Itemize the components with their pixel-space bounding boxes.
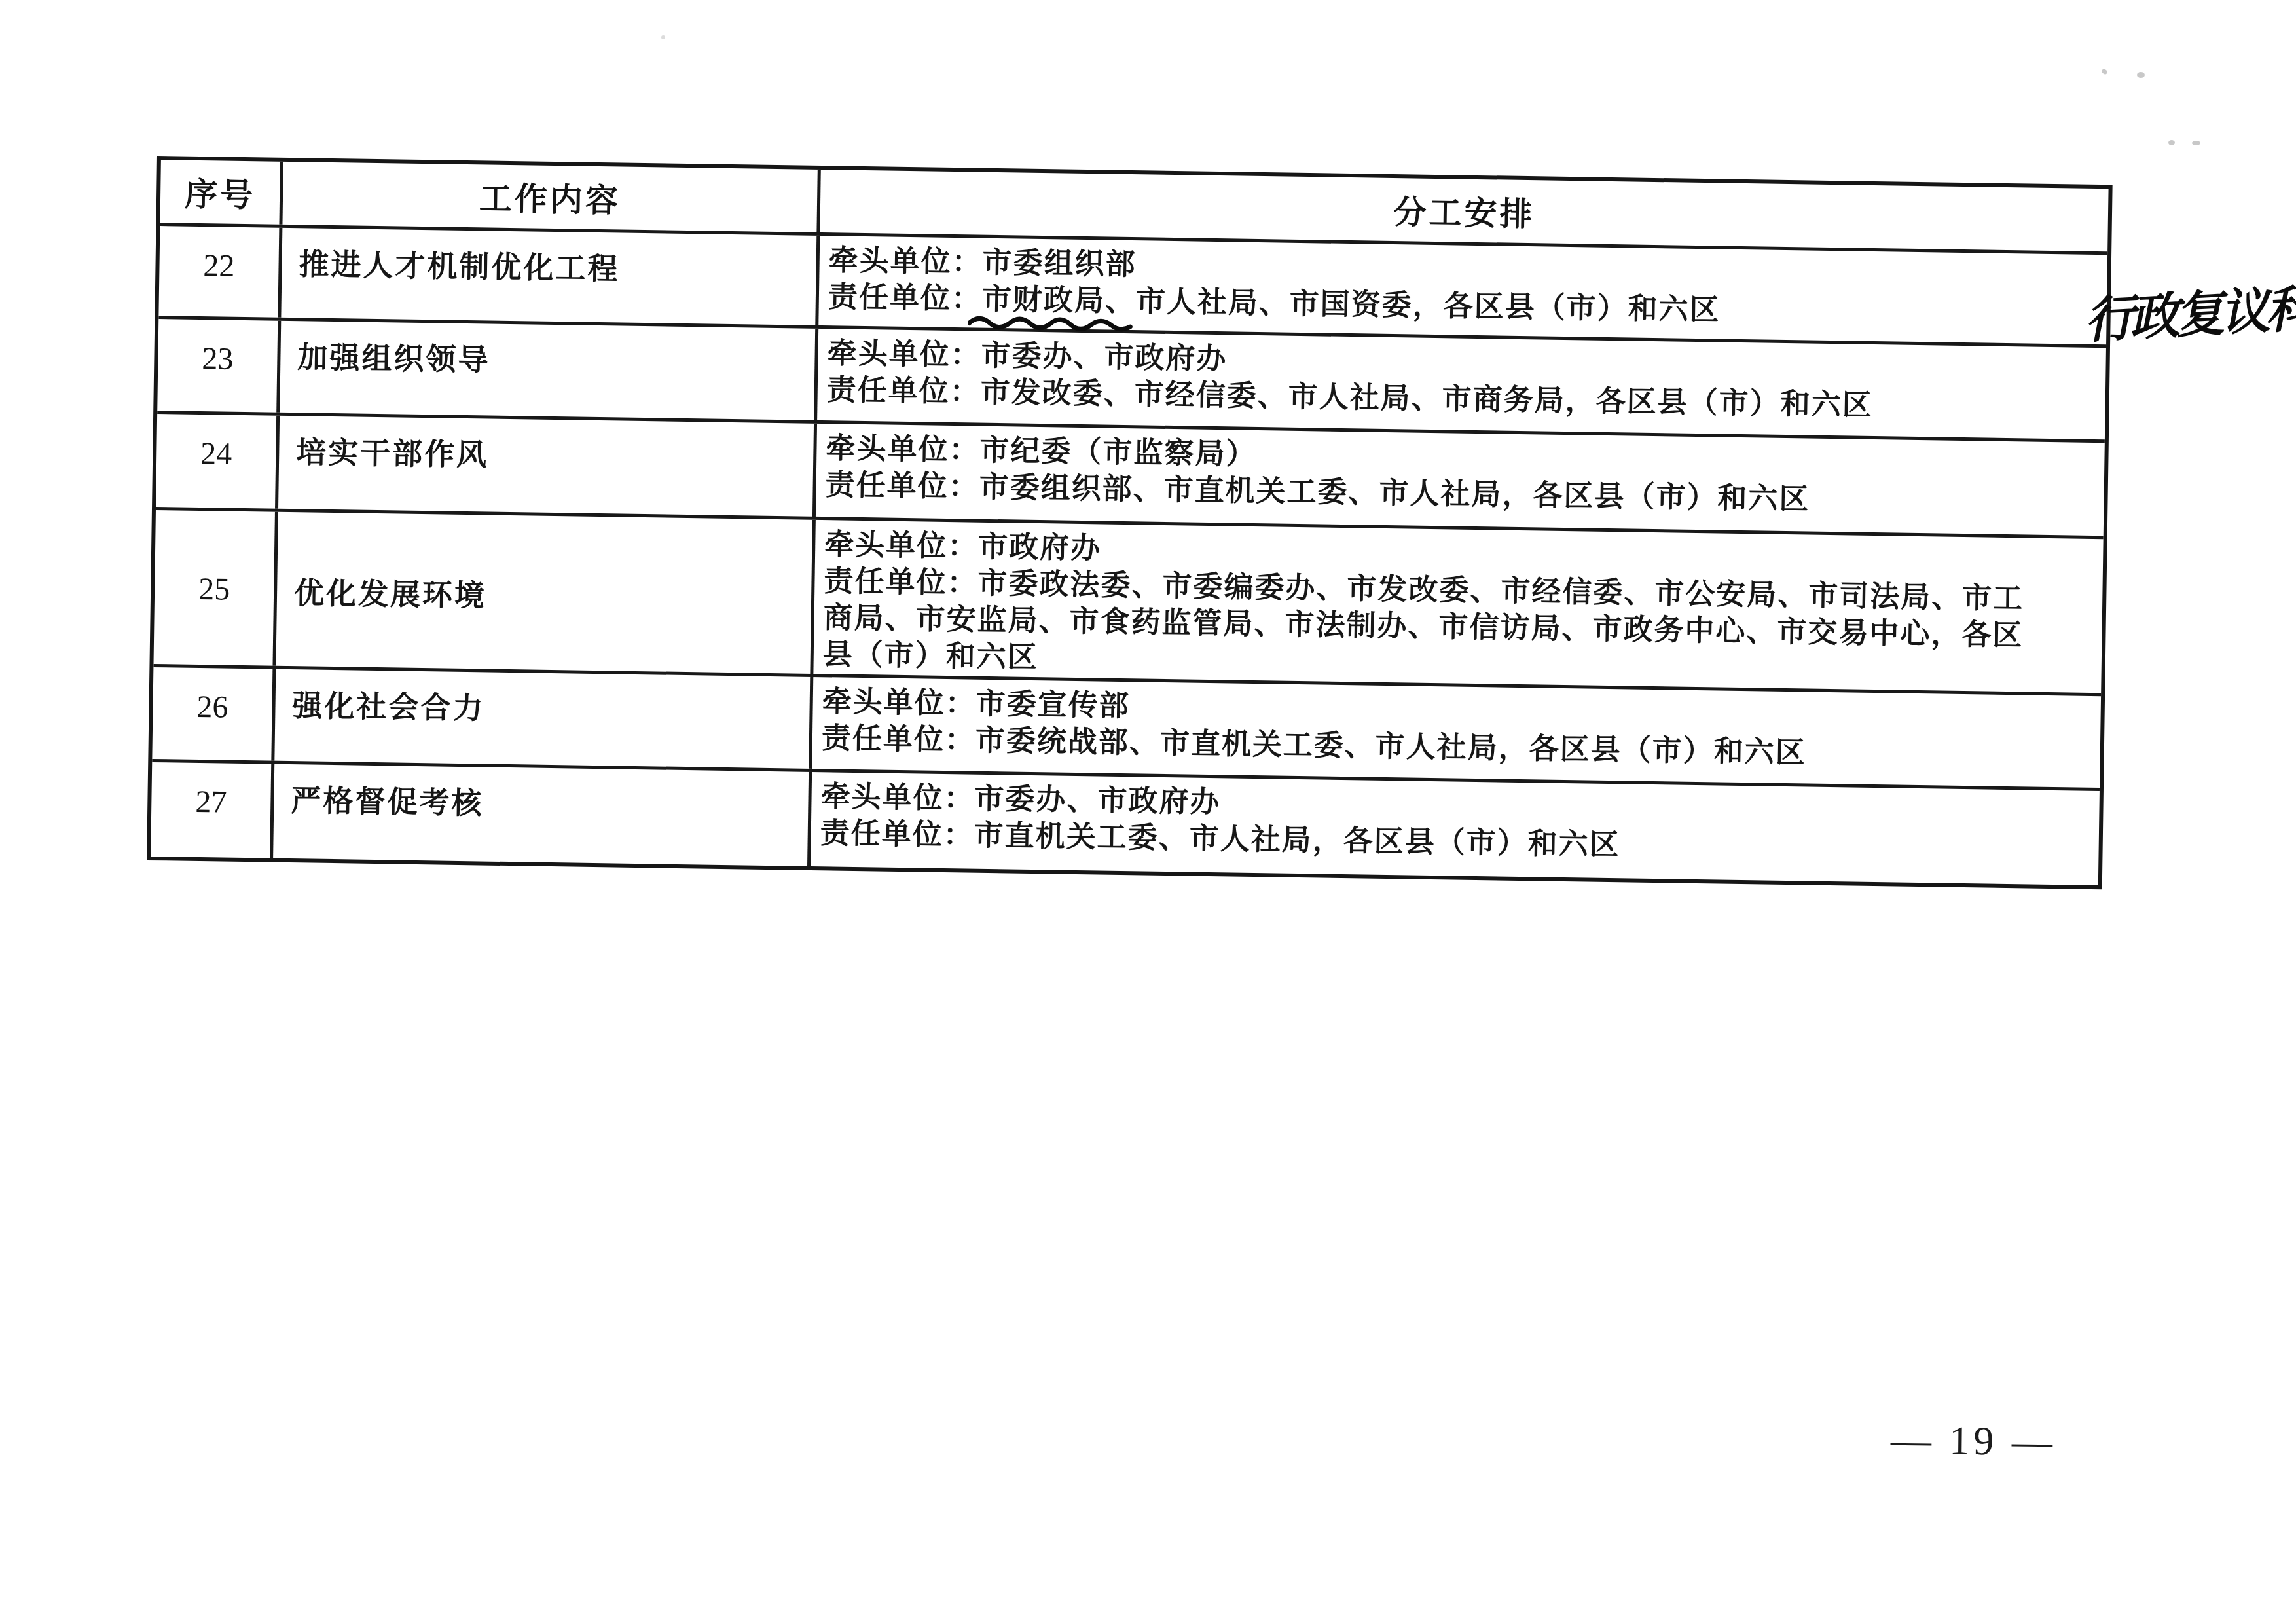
column-header-index: 序号 (185, 168, 256, 217)
handwritten-wavy-underline (968, 315, 1133, 332)
work-content: 培实干部作风 (278, 416, 496, 512)
scanned-document-page: 序号 工作内容 分工安排 22 推进人才机制优化工程 牵头单位：市委组织部 (0, 0, 2296, 1624)
table-row: 25 优化发展环境 牵头单位：市政府办 责任单位：市委政法委、市委编委办、市发改… (153, 510, 2103, 696)
page-number: — 19 — (1891, 1418, 2057, 1466)
row-index-cell: 22 (158, 226, 282, 318)
work-content: 优化发展环境 (276, 512, 494, 669)
row-index: 25 (197, 511, 230, 665)
assignment-text: 牵头单位：市政府办 责任单位：市委政法委、市委编委办、市发改委、市经信委、市公安… (813, 520, 2103, 692)
row-assignment-cell: 牵头单位：市委宣传部 责任单位：市委统战部、市直机关工委、市人社局，各区县（市）… (812, 677, 2101, 788)
work-content: 推进人才机制优化工程 (281, 228, 627, 323)
scan-speck (2137, 72, 2145, 78)
row-content-cell: 严格督促考核 (273, 764, 812, 866)
row-assignment-cell: 牵头单位：市政府办 责任单位：市委政法委、市委编委办、市发改委、市经信委、市公安… (813, 520, 2103, 693)
handwritten-annotation: 行政复议科 (2083, 268, 2296, 352)
row-assignment-cell: 牵头单位：市纪委（市监察局） 责任单位：市委组织部、市直机关工委、市人社局，各区… (816, 424, 2105, 536)
row-index-cell: 27 (151, 762, 274, 858)
row-index-cell: 23 (157, 319, 281, 413)
row-content-cell: 推进人才机制优化工程 (281, 228, 820, 325)
row-index-cell: 26 (152, 667, 276, 761)
row-assignment-cell: 牵头单位：市委办、市政府办 责任单位：市发改委、市经信委、市人社局、市商务局，各… (817, 329, 2106, 439)
row-index: 27 (194, 763, 227, 858)
row-index: 26 (196, 668, 228, 760)
row-index: 24 (200, 415, 232, 508)
row-assignment-cell: 牵头单位：市委办、市政府办 责任单位：市直机关工委、市人社局，各区县（市）和六区 (811, 772, 2100, 885)
header-cell-content: 工作内容 (282, 162, 820, 232)
work-content: 严格督促考核 (273, 764, 490, 862)
row-content-cell: 培实干部作风 (278, 416, 817, 517)
row-assignment-cell: 牵头单位：市委组织部 责任单位：市财政局、市人社局、市国资委，各区县（市）和六区 (818, 236, 2107, 344)
row-content-cell: 优化发展环境 (276, 512, 815, 674)
row-content-cell: 强化社会合力 (274, 669, 813, 769)
row-index: 22 (202, 227, 235, 317)
scan-speck (2168, 140, 2175, 145)
work-content: 加强组织领导 (280, 321, 497, 416)
header-cell-index: 序号 (160, 160, 283, 225)
work-assignment-table: 序号 工作内容 分工安排 22 推进人才机制优化工程 牵头单位：市委组织部 (147, 156, 2113, 889)
scan-skew-layer: 序号 工作内容 分工安排 22 推进人才机制优化工程 牵头单位：市委组织部 (147, 156, 2113, 889)
row-index: 23 (201, 320, 234, 412)
work-content: 强化社会合力 (274, 669, 492, 764)
scan-speck (2192, 141, 2200, 145)
row-content-cell: 加强组织领导 (280, 321, 818, 420)
scan-speck (2101, 68, 2108, 75)
row-index-cell: 24 (156, 414, 280, 509)
scan-speck (661, 35, 665, 39)
column-header-assignment: 分工安排 (1393, 186, 1535, 235)
row-index-cell: 25 (153, 510, 278, 666)
column-header-content: 工作内容 (479, 172, 621, 221)
